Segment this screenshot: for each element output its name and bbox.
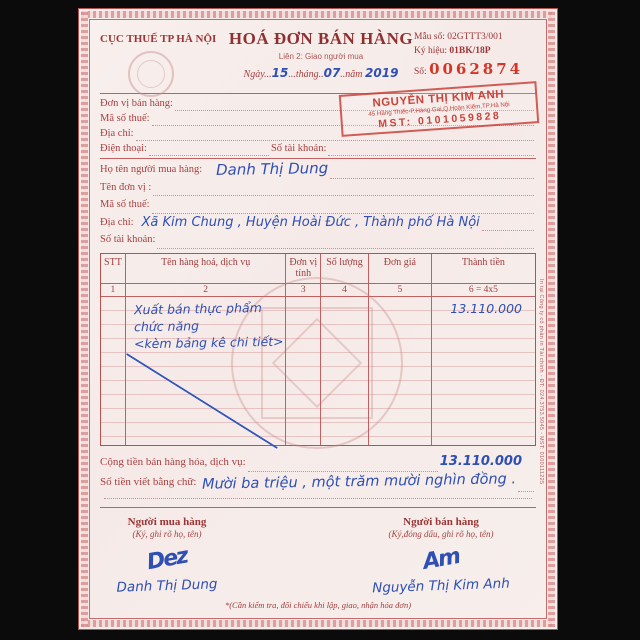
seller-address-label: Địa chỉ: (100, 126, 134, 141)
date-day-value: 15 (272, 66, 289, 80)
invoice-header: CỤC THUẾ TP HÀ NỘI HOÁ ĐƠN BÁN HÀNG Liên… (100, 25, 536, 91)
date-word: Ngày (244, 69, 265, 80)
month-word: tháng (296, 69, 319, 80)
invoice-title: HOÁ ĐƠN BÁN HÀNG (228, 25, 414, 49)
column-divider (285, 297, 286, 445)
items-table: STT Tên hàng hoá, dịch vụ Đơn vị tính Số… (100, 253, 536, 446)
seller-tax-label: Mã số thuế: (100, 111, 150, 126)
invoice-paper: CỤC THUẾ TP HÀ NỘI HOÁ ĐƠN BÁN HÀNG Liên… (78, 8, 558, 630)
dotted-line (248, 461, 438, 471)
serial-number: 0062874 (429, 60, 523, 78)
header-center: HOÁ ĐƠN BÁN HÀNG Liên 2: Giao người mua … (228, 25, 414, 80)
dotted-line (153, 186, 534, 196)
col-header-amount: Thành tiền (431, 254, 535, 283)
dotted-line (157, 239, 534, 249)
dotted-line (136, 131, 534, 141)
column-divider (320, 297, 321, 445)
item-amount: 13.110.000 (450, 301, 522, 316)
numbering-2: 2 (125, 283, 286, 296)
buyer-tax-label: Mã số thuế: (100, 196, 150, 214)
total-label: Cộng tiền bán hàng hóa, dịch vụ: (100, 452, 246, 472)
seller-signature-block: Người bán hàng (Ký,đóng dấu, ghi rõ họ, … (332, 516, 546, 594)
dotted-line (152, 204, 534, 214)
item-description: Xuất bán thực phẩm chức năng <kèm bảng k… (134, 300, 284, 351)
column-divider (125, 297, 126, 445)
buyer-signature-title: Người mua hàng (90, 516, 276, 528)
printer-info-vertical-text: In tại Công ty cổ phần in Tài chính - ĐT… (538, 279, 544, 484)
date-year-value: 2019 (365, 66, 398, 80)
year-word: năm (345, 69, 362, 80)
border-band-bottom (81, 620, 555, 627)
symbol-line: Ký hiệu: 01BK/18P (414, 45, 536, 59)
numbering-5: 5 (368, 283, 431, 296)
amount-in-words-label: Số tiền viết bằng chữ: (100, 472, 196, 492)
column-divider (431, 297, 432, 445)
item-line-2: chức năng (133, 315, 283, 335)
buyer-name-line: Họ tên người mua hàng:Danh Thị Dung (100, 161, 536, 179)
buyer-section: Họ tên người mua hàng:Danh Thị Dung Tên … (100, 161, 536, 249)
seller-name-label: Đơn vị bán hàng: (100, 96, 173, 111)
seller-signature-title: Người bán hàng (332, 516, 546, 528)
date-month-value: 07 (324, 66, 341, 80)
buyer-name-label: Họ tên người mua hàng: (100, 161, 202, 179)
numbering-6: 6 = 4x5 (431, 283, 535, 296)
buyer-tax-line: Mã số thuế: (100, 196, 536, 214)
col-header-description: Tên hàng hoá, dịch vụ (125, 254, 286, 283)
buyer-unit-line: Tên đơn vị : (100, 179, 536, 197)
serial-label: Số: (414, 67, 427, 77)
item-line-3: <kèm bảng kê chi tiết> (133, 332, 283, 352)
divider-signatures (100, 507, 536, 508)
border-band-right (548, 11, 555, 627)
tax-office-emblem-icon (128, 51, 174, 97)
seller-phone-label: Điện thoại: (100, 141, 147, 156)
form-value: 02GTTT3/001 (447, 32, 502, 42)
amount-in-words-line: Số tiền viết bằng chữ:Mười ba triệu , mộ… (100, 472, 536, 492)
border-band-top (81, 11, 555, 18)
signature-section: Người mua hàng (Ký, ghi rõ họ, tên) Dez … (100, 516, 536, 594)
dotted-line (482, 221, 534, 231)
seller-account-label: Số tài khoản: (271, 141, 326, 156)
total-line: Cộng tiền bán hàng hóa, dịch vụ:13.110.0… (100, 452, 536, 472)
photo-background: { "header": { "office": "CỤC THUẾ TP HÀ … (0, 0, 640, 640)
symbol-label: Ký hiệu: (414, 46, 447, 56)
dotted-line (328, 146, 534, 156)
table-body: Xuất bán thực phẩm chức năng <kèm bảng k… (101, 296, 535, 445)
seller-section: NGUYỄN THỊ KIM ANH 45 Hàng Thiếc-P.Hàng … (100, 96, 536, 156)
form-label: Mẫu số: (414, 32, 445, 42)
col-header-stt: STT (101, 254, 125, 283)
verification-footnote: *(Cần kiểm tra, đối chiếu khi lập, giao,… (100, 600, 536, 610)
serial-line: Số: 0062874 (414, 59, 536, 81)
buyer-unit-label: Tên đơn vị : (100, 179, 151, 197)
border-band-left (81, 11, 88, 627)
buyer-account-line: Số tài khoản: (100, 231, 536, 249)
seller-phone-line: Điện thoại:Số tài khoản: (100, 141, 536, 156)
dotted-line (330, 169, 534, 179)
buyer-name-value: Danh Thị Dung (216, 160, 329, 179)
buyer-signature-block: Người mua hàng (Ký, ghi rõ họ, tên) Dez … (90, 516, 276, 594)
header-right: Mẫu số: 02GTTT3/001 Ký hiệu: 01BK/18P Số… (414, 25, 536, 80)
totals-section: Cộng tiền bán hàng hóa, dịch vụ:13.110.0… (100, 452, 536, 499)
item-line-1: Xuất bán thực phẩm (133, 298, 283, 318)
tax-office-name: CỤC THUẾ TP HÀ NỘI (100, 25, 228, 45)
dotted-line (518, 481, 534, 491)
buyer-address-value: Xã Kim Chung , Huyện Hoài Đức , Thành ph… (142, 214, 480, 232)
form-number-line: Mẫu số: 02GTTT3/001 (414, 31, 536, 45)
seller-address-line: Địa chỉ: (100, 126, 536, 141)
dotted-line (149, 146, 269, 156)
date-line: Ngày...15...tháng..07..năm 2019 (228, 66, 414, 80)
invoice-content: CỤC THUẾ TP HÀ NỘI HOÁ ĐƠN BÁN HÀNG Liên… (90, 20, 546, 618)
buyer-address-line: Địa chỉ:Xã Kim Chung , Huyện Hoài Đức , … (100, 214, 536, 232)
column-divider (368, 297, 369, 445)
copy-line: Liên 2: Giao người mua (228, 52, 414, 61)
col-header-unitprice: Đơn giá (368, 254, 431, 283)
amount-in-words-value: Mười ba triệu , một trăm mười nghìn đồng… (202, 469, 516, 494)
buyer-address-label: Địa chỉ: (100, 214, 134, 232)
numbering-1: 1 (101, 283, 125, 296)
symbol-value: 01BK/18P (449, 46, 490, 56)
buyer-account-label: Số tài khoản: (100, 231, 155, 249)
